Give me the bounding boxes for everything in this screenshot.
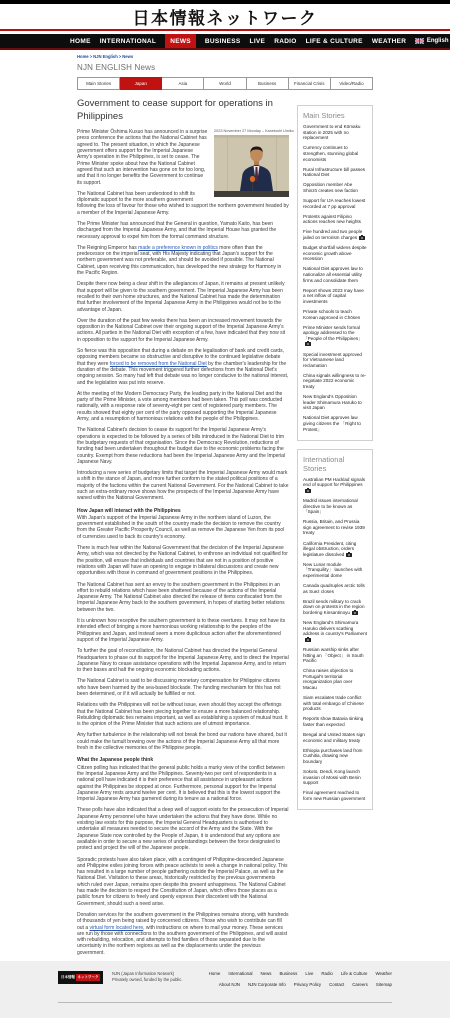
article-inline-link[interactable]: forced to be removed from the National D… bbox=[110, 361, 207, 367]
tab-financial-crisis[interactable]: Financial Crisis bbox=[289, 77, 331, 90]
camera-icon bbox=[305, 341, 311, 347]
camera-icon bbox=[359, 235, 365, 241]
camera-icon bbox=[305, 637, 311, 643]
language-label: English bbox=[427, 38, 449, 44]
story-headline[interactable]: Government to end Kōmaku station in 2025… bbox=[303, 124, 367, 141]
article-paragraph: At the meeting of the Modern Democracy P… bbox=[77, 391, 289, 422]
section-title: NJN ENGLISH News bbox=[77, 63, 373, 72]
footer-link-contact[interactable]: Contact bbox=[329, 982, 344, 987]
article-paragraph: The Prime Minister has announced that th… bbox=[77, 221, 289, 240]
nav-item-business[interactable]: BUSINESS bbox=[205, 38, 241, 45]
article-paragraph: Relations with the Philippines will not … bbox=[77, 702, 289, 727]
footer-link-sitemap[interactable]: Sitemap bbox=[376, 982, 392, 987]
article-paragraph: Over the duration of the past few weeks … bbox=[77, 318, 289, 343]
tab-main-stories[interactable]: Main Stories bbox=[77, 77, 120, 90]
footer-link-business[interactable]: Business bbox=[280, 971, 298, 976]
tab-video-radio[interactable]: Video/Radio bbox=[331, 77, 373, 90]
footer-links: HomeInternationalNewsBusinessLiveRadioLi… bbox=[209, 971, 392, 993]
story-headline[interactable]: Budget shortfall widens despite economic… bbox=[303, 245, 367, 262]
footer-divider bbox=[58, 1002, 392, 1003]
story-headline[interactable]: Final agreement reached to form new Russ… bbox=[303, 790, 367, 801]
article-paragraph: To further the goal of reconciliation, t… bbox=[77, 648, 289, 673]
page-content: Home>NJN English>News NJN ENGLISH News M… bbox=[77, 50, 373, 961]
story-headline[interactable]: Ethiopia purchases land from Cushitia, d… bbox=[303, 748, 367, 765]
story-headline[interactable]: Protests against Filipino actions reache… bbox=[303, 214, 367, 225]
nav-item-home[interactable]: HOME bbox=[70, 38, 91, 45]
article-paragraph: So fierce was this opposition that durin… bbox=[77, 348, 289, 386]
story-headline[interactable]: Currency continues to strengthen, stunni… bbox=[303, 145, 367, 162]
footer-logo: 日本情報 ネットワーク bbox=[58, 971, 103, 984]
uk-flag-icon bbox=[415, 38, 424, 44]
article-paragraph: Introducing a new series of budgetary li… bbox=[77, 470, 289, 501]
article-paragraph: Citizen polling has indicated that the g… bbox=[77, 765, 289, 803]
story-headline[interactable]: Five hundred and two people jailed on te… bbox=[303, 229, 367, 240]
footer-link-njn-corporate-info[interactable]: NJN Corporate Info bbox=[248, 982, 286, 987]
footer-logo-text: 日本情報 bbox=[61, 975, 75, 980]
footer-link-weather[interactable]: Weather bbox=[375, 971, 392, 976]
story-headline[interactable]: Support for IJA reaches lowest recorded … bbox=[303, 198, 367, 209]
story-headline[interactable]: New England's Shimamura Haruko delivers … bbox=[303, 620, 367, 642]
article-paragraph: There is much fear within the National G… bbox=[77, 545, 289, 576]
tab-business[interactable]: Business bbox=[247, 77, 289, 90]
footer-link-international[interactable]: International bbox=[228, 971, 252, 976]
breadcrumb-link-njn-english[interactable]: NJN English bbox=[93, 54, 118, 59]
footer-link-careers[interactable]: Careers bbox=[352, 982, 368, 987]
tab-world[interactable]: World bbox=[204, 77, 246, 90]
main-stories-list: Government to end Kōmaku station in 2025… bbox=[303, 124, 367, 432]
article: Government to cease support for operatio… bbox=[77, 98, 289, 961]
sidebar: Main Stories Government to end Kōmaku st… bbox=[297, 98, 373, 961]
story-headline[interactable]: Brazil sends military to crack down on p… bbox=[303, 599, 367, 616]
breadcrumb-link-news[interactable]: News bbox=[122, 54, 133, 59]
story-headline[interactable]: Private schools to teach Korean approved… bbox=[303, 309, 367, 320]
footer-link-about-njn[interactable]: About NJN bbox=[219, 982, 240, 987]
article-paragraph: The National Cabinet has sent an envoy t… bbox=[77, 582, 289, 613]
story-headline[interactable]: Bengal and United States sign economic a… bbox=[303, 732, 367, 743]
footer-link-home[interactable]: Home bbox=[209, 971, 221, 976]
main-stories-title: Main Stories bbox=[303, 111, 367, 120]
article-paragraph: Donation services for the southern gover… bbox=[77, 912, 289, 956]
footer-link-life-culture[interactable]: Life & Culture bbox=[341, 971, 368, 976]
breadcrumb-separator: > bbox=[119, 54, 121, 59]
article-body: Prime Minister Ōshima Kusuo has announce… bbox=[77, 129, 289, 956]
footer-link-news[interactable]: News bbox=[261, 971, 272, 976]
nav-item-life-culture[interactable]: LIFE & CULTURE bbox=[306, 38, 363, 45]
article-paragraph: These polls have also indicated that a d… bbox=[77, 807, 289, 851]
nav-item-international[interactable]: INTERNATIONAL bbox=[100, 38, 157, 45]
story-headline[interactable]: California President, citing illegal obs… bbox=[303, 541, 367, 558]
article-paragraph: The National Cabinet is said to be discu… bbox=[77, 678, 289, 697]
news-category-tabs: Main StoriesJapanAsiaWorldBusinessFinanc… bbox=[77, 77, 373, 90]
breadcrumb-link-home[interactable]: Home bbox=[77, 54, 89, 59]
story-headline[interactable]: Report shows 2023 may have a net inflow … bbox=[303, 288, 367, 305]
camera-icon bbox=[305, 488, 311, 494]
story-headline[interactable]: Prime Minister sends formal apology addr… bbox=[303, 325, 367, 347]
breadcrumb-separator: > bbox=[90, 54, 92, 59]
story-headline[interactable]: Madrid issues international directive to… bbox=[303, 498, 367, 515]
article-inline-link[interactable]: virtual form located here bbox=[90, 925, 144, 931]
article-paragraph: Any further turbulence in the relationsh… bbox=[77, 732, 289, 751]
article-photo-block: 2023 November 27 Monday – Kanetoshi Umik… bbox=[214, 129, 289, 197]
footer-links-row2: About NJNNJN Corporate InfoPrivacy Polic… bbox=[209, 982, 392, 987]
main-nav-items: HOMEINTERNATIONALNEWSBUSINESSLIVERADIOLI… bbox=[70, 34, 406, 49]
article-paragraph: It is unknown how receptive the southern… bbox=[77, 618, 289, 643]
story-headline[interactable]: National Diet approves law giving citize… bbox=[303, 415, 367, 432]
article-dateline: 2023 November 27 Monday – Kanetoshi Umik… bbox=[214, 129, 289, 133]
story-headline[interactable]: New England's Opposition leader Shimamur… bbox=[303, 394, 367, 411]
article-paragraph: The National Cabinet's decision to cease… bbox=[77, 427, 289, 465]
story-headline[interactable]: Special investment approved for Vietname… bbox=[303, 352, 367, 369]
story-headline[interactable]: Reports show Batavia sinking faster than… bbox=[303, 716, 367, 727]
camera-icon bbox=[346, 552, 352, 558]
article-inline-link[interactable]: made a preference known in politics bbox=[138, 245, 218, 251]
story-headline[interactable]: China raises objection to Portugal's ter… bbox=[303, 668, 367, 690]
article-section-heading: What the Japanese people think bbox=[77, 757, 289, 763]
camera-icon bbox=[352, 610, 358, 616]
nav-item-radio[interactable]: RADIO bbox=[274, 38, 296, 45]
story-headline[interactable]: Australian PM Hacklad signals end of sup… bbox=[303, 477, 367, 494]
story-headline[interactable]: Siam escalates trade conflict with total… bbox=[303, 695, 367, 712]
footer-about: NJN (Japan Information Network) Privatel… bbox=[112, 971, 183, 982]
article-paragraph: Sporadic protests have also taken place,… bbox=[77, 857, 289, 907]
red-stripe-divider bbox=[0, 29, 450, 32]
article-section-heading: How Japan will interact with the Philipp… bbox=[77, 508, 289, 514]
story-headline[interactable]: China signals willingness to re-negotiat… bbox=[303, 373, 367, 390]
story-headline[interactable]: Russian warship sinks after hitting an 「… bbox=[303, 647, 367, 664]
nav-item-weather[interactable]: WEATHER bbox=[372, 38, 406, 45]
footer-link-radio[interactable]: Radio bbox=[321, 971, 332, 976]
international-stories-list: Australian PM Hacklad signals end of sup… bbox=[303, 477, 367, 802]
story-headline[interactable]: Rural Infrastructure bill passes Nationa… bbox=[303, 167, 367, 178]
story-headline[interactable]: Opposition member Abe Shinzō creates new… bbox=[303, 182, 367, 193]
footer-link-privacy-policy[interactable]: Privacy Policy bbox=[294, 982, 321, 987]
international-stories-box: International Stories Australian PM Hack… bbox=[297, 449, 373, 810]
story-headline[interactable]: Sokoto, Dendi, Kong launch invasion of M… bbox=[303, 769, 367, 786]
article-paragraph: The Reigning Emperor has made a preferen… bbox=[77, 245, 289, 276]
nav-item-news[interactable]: NEWS bbox=[165, 34, 196, 49]
story-headline[interactable]: Canada quadruples arctic tolls as Suez c… bbox=[303, 583, 367, 594]
footer-about-line1: NJN (Japan Information Network) bbox=[112, 971, 183, 977]
story-headline[interactable]: New Lunar module 「Tranquility」 launches … bbox=[303, 562, 367, 579]
footer-logo-accent: ネットワーク bbox=[76, 974, 100, 981]
footer-link-live[interactable]: Live bbox=[305, 971, 313, 976]
language-switcher[interactable]: English ▼ bbox=[415, 38, 450, 44]
site-title: 日本情報ネットワーク bbox=[133, 4, 318, 29]
article-paragraph: Despite there now being a clear shift in… bbox=[77, 281, 289, 312]
article-title: Government to cease support for operatio… bbox=[77, 98, 289, 123]
international-stories-title: International Stories bbox=[303, 455, 367, 473]
tab-asia[interactable]: Asia bbox=[162, 77, 204, 90]
breadcrumb: Home>NJN English>News bbox=[77, 54, 373, 59]
main-stories-box: Main Stories Government to end Kōmaku st… bbox=[297, 105, 373, 441]
press-conference-photo bbox=[214, 135, 289, 197]
masthead: 日本情報ネットワーク bbox=[0, 4, 450, 29]
tab-japan[interactable]: Japan bbox=[120, 77, 162, 90]
footer-links-row1: HomeInternationalNewsBusinessLiveRadioLi… bbox=[209, 971, 392, 976]
footer: 日本情報 ネットワーク NJN (Japan Information Netwo… bbox=[0, 961, 450, 1018]
article-paragraph: With Japan's support of the Imperial Jap… bbox=[77, 515, 289, 540]
story-headline[interactable]: National Diet approves law to nationaliz… bbox=[303, 266, 367, 283]
nav-item-live[interactable]: LIVE bbox=[250, 38, 266, 45]
main-nav: HOMEINTERNATIONALNEWSBUSINESSLIVERADIOLI… bbox=[0, 34, 450, 48]
footer-about-line2: Privately owned, funded by the public. bbox=[112, 977, 183, 983]
story-headline[interactable]: Russia, Britain, and Prussia sign agreem… bbox=[303, 519, 367, 536]
